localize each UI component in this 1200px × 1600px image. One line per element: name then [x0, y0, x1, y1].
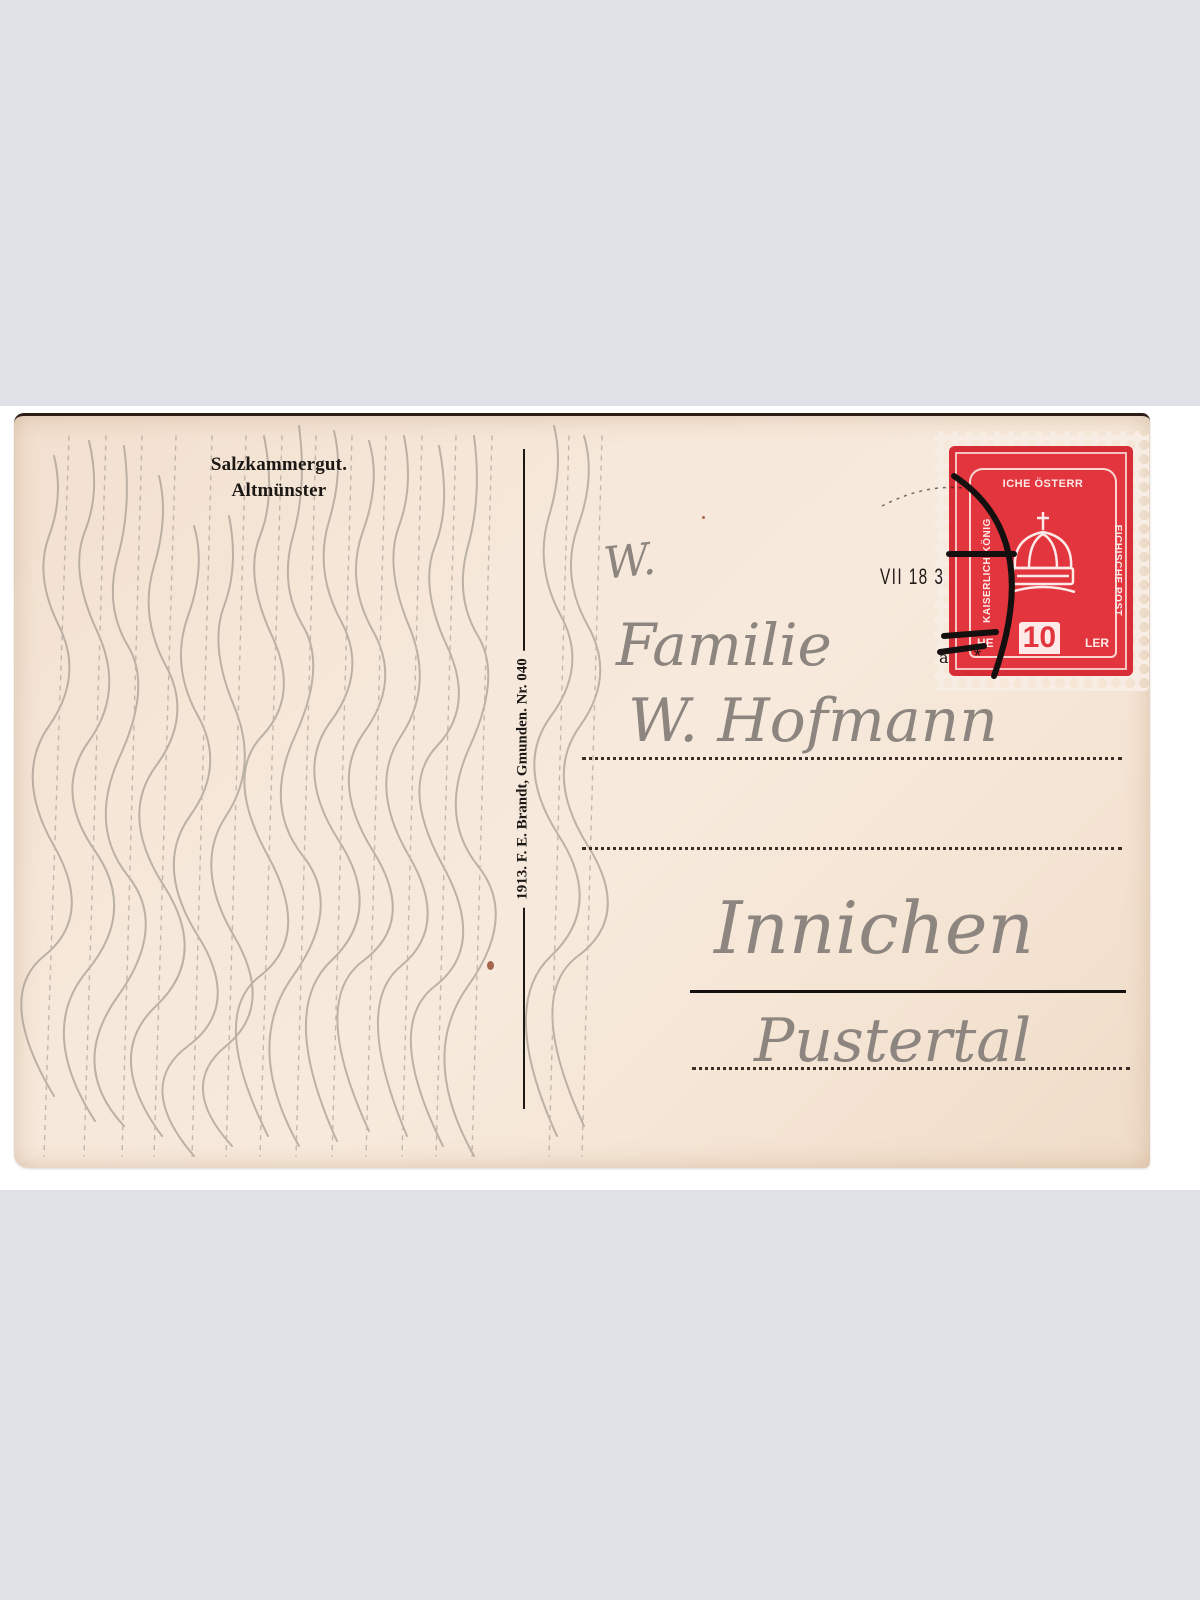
postmark-cancellation-icon: * [844, 466, 1064, 686]
title-region: Salzkammergut. [174, 452, 384, 478]
address-salutation: W. [601, 533, 658, 589]
stamp-right-text: EICHISCHE POST [1112, 525, 1123, 616]
svg-text:*: * [974, 646, 981, 666]
address-region: Pustertal [754, 1006, 1031, 1076]
address-recipient-line2: W. Hofmann [628, 686, 998, 756]
address-town: Innichen [714, 886, 1034, 970]
postcard: Salzkammergut. Altmünster 1913. F. E. Br… [14, 413, 1150, 1168]
publisher-imprint: 1913. F. E. Brandt, Gmunden. Nr. 040 [515, 650, 532, 907]
postmark-letter: a [939, 648, 949, 667]
foxing-spot [702, 516, 705, 519]
address-line-1 [582, 757, 1122, 760]
address-line-town [690, 990, 1126, 993]
address-line-4 [692, 1067, 1130, 1070]
foxing-spot [487, 961, 494, 970]
postmark-date: VII 18 3 [880, 564, 944, 590]
title-place: Altmünster [174, 478, 384, 504]
stamp-currency-right: LER [1079, 636, 1115, 654]
address-line-2 [582, 847, 1122, 850]
address-recipient-line1: Familie [616, 611, 832, 679]
printed-title: Salzkammergut. Altmünster [174, 452, 384, 504]
